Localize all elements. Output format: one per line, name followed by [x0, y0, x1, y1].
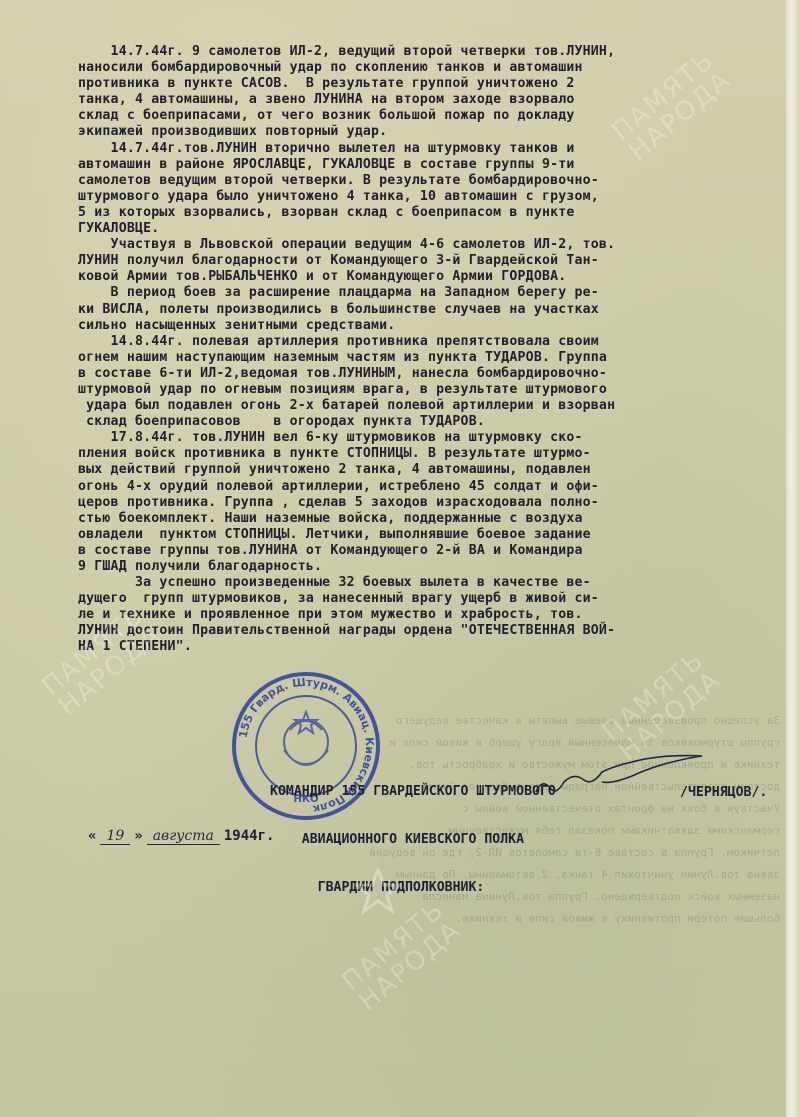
text-line: 14.8.44г. полевая артиллерия противника …: [78, 334, 778, 350]
text-line: ЛУНИН достоин Правительственной награды …: [78, 623, 778, 639]
text-line: сильно насыщенных зенитными средствами.: [78, 318, 778, 334]
text-line: пления войск противника в пункте СТОПНИЦ…: [78, 446, 778, 462]
text-line: дущего групп штурмовиков, за нанесенный …: [78, 591, 778, 607]
text-line: удара был подавлен огонь 2-х батарей пол…: [78, 398, 778, 414]
text-line: вых действий группой уничтожено 2 танка,…: [78, 462, 778, 478]
text-line: ГУКАЛОВЦЕ.: [78, 221, 778, 237]
text-line: склад боеприпасовов в огородах пункта ТУ…: [78, 414, 778, 430]
star-icon: [355, 868, 401, 914]
signature-line-3: ГВАРДИИ ПОДПОЛКОВНИК:: [270, 880, 556, 896]
text-line: Участвуя в Львовской операции ведущим 4-…: [78, 237, 778, 253]
text-line: За успешно произведенные 32 боевых вылет…: [78, 575, 778, 591]
text-line: 5 из которых взорвались, взорван склад с…: [78, 205, 778, 221]
commander-title: КОМАНДИР 155 ГВАРДЕЙСКОГО ШТУРМОВОГО АВИ…: [270, 752, 556, 928]
text-line: НА 1 СТЕПЕНИ".: [78, 639, 778, 655]
paper-edge: [786, 0, 800, 1117]
text-line: самолетов ведущим второй четверки. В рез…: [78, 173, 778, 189]
text-line: 17.8.44г. тов.ЛУНИН вел 6-ку штурмовиков…: [78, 430, 778, 446]
text-line: 14.7.44г. 9 самолетов ИЛ-2, ведущий втор…: [78, 44, 778, 60]
text-line: в составе 6-ти ИЛ-2,ведомая тов.ЛУНИНЫМ,…: [78, 366, 778, 382]
text-line: огнем нашим наступающим наземным частям …: [78, 350, 778, 366]
date-day: 19: [100, 828, 130, 845]
signature-line-1: КОМАНДИР 155 ГВАРДЕЙСКОГО ШТУРМОВОГО: [270, 784, 556, 800]
commander-name: /ЧЕРНЯЦОВ/.: [680, 785, 767, 800]
text-line: огонь 4-х орудий полевой артиллерии, ист…: [78, 479, 778, 495]
text-line: 9 ГШАД получили благодарность.: [78, 559, 778, 575]
signature-line-2: АВИАЦИОННОГО КИЕВСКОГО ПОЛКА: [270, 832, 556, 848]
text-line: церов противника. Группа , сделав 5 захо…: [78, 495, 778, 511]
date-month: августа: [147, 828, 220, 845]
document-date: « 19 » августа 1944г.: [88, 828, 274, 845]
date-year: 1944г.: [224, 828, 275, 844]
document-page: За успешно произведенные боевые вылеты в…: [0, 0, 786, 1117]
text-line: 14.7.44г.тов.ЛУНИН вторично вылетел на ш…: [78, 141, 778, 157]
text-line: ле и технике и проявленное при этом муже…: [78, 607, 778, 623]
text-line: штурмового удара было уничтожено 4 танка…: [78, 189, 778, 205]
text-line: автомашин в районе ЯРОСЛАВЦЕ, ГУКАЛОВЦЕ …: [78, 157, 778, 173]
text-line: овладели пунктом СТОПНИЦЫ. Летчики, выпо…: [78, 527, 778, 543]
text-line: ки ВИСЛА, полеты производились в большин…: [78, 302, 778, 318]
text-line: ЛУНИН получил благодарности от Командующ…: [78, 253, 778, 269]
text-line: стью боекомплект. Наши наземные войска, …: [78, 511, 778, 527]
text-line: В период боев за расширение плацдарма на…: [78, 285, 778, 301]
text-line: в составе группы тов.ЛУНИНА от Командующ…: [78, 543, 778, 559]
text-line: штурмовой удар по огневым позициям врага…: [78, 382, 778, 398]
text-line: ковой Армии тов.РЫБАЛЬЧЕНКО и от Команду…: [78, 269, 778, 285]
